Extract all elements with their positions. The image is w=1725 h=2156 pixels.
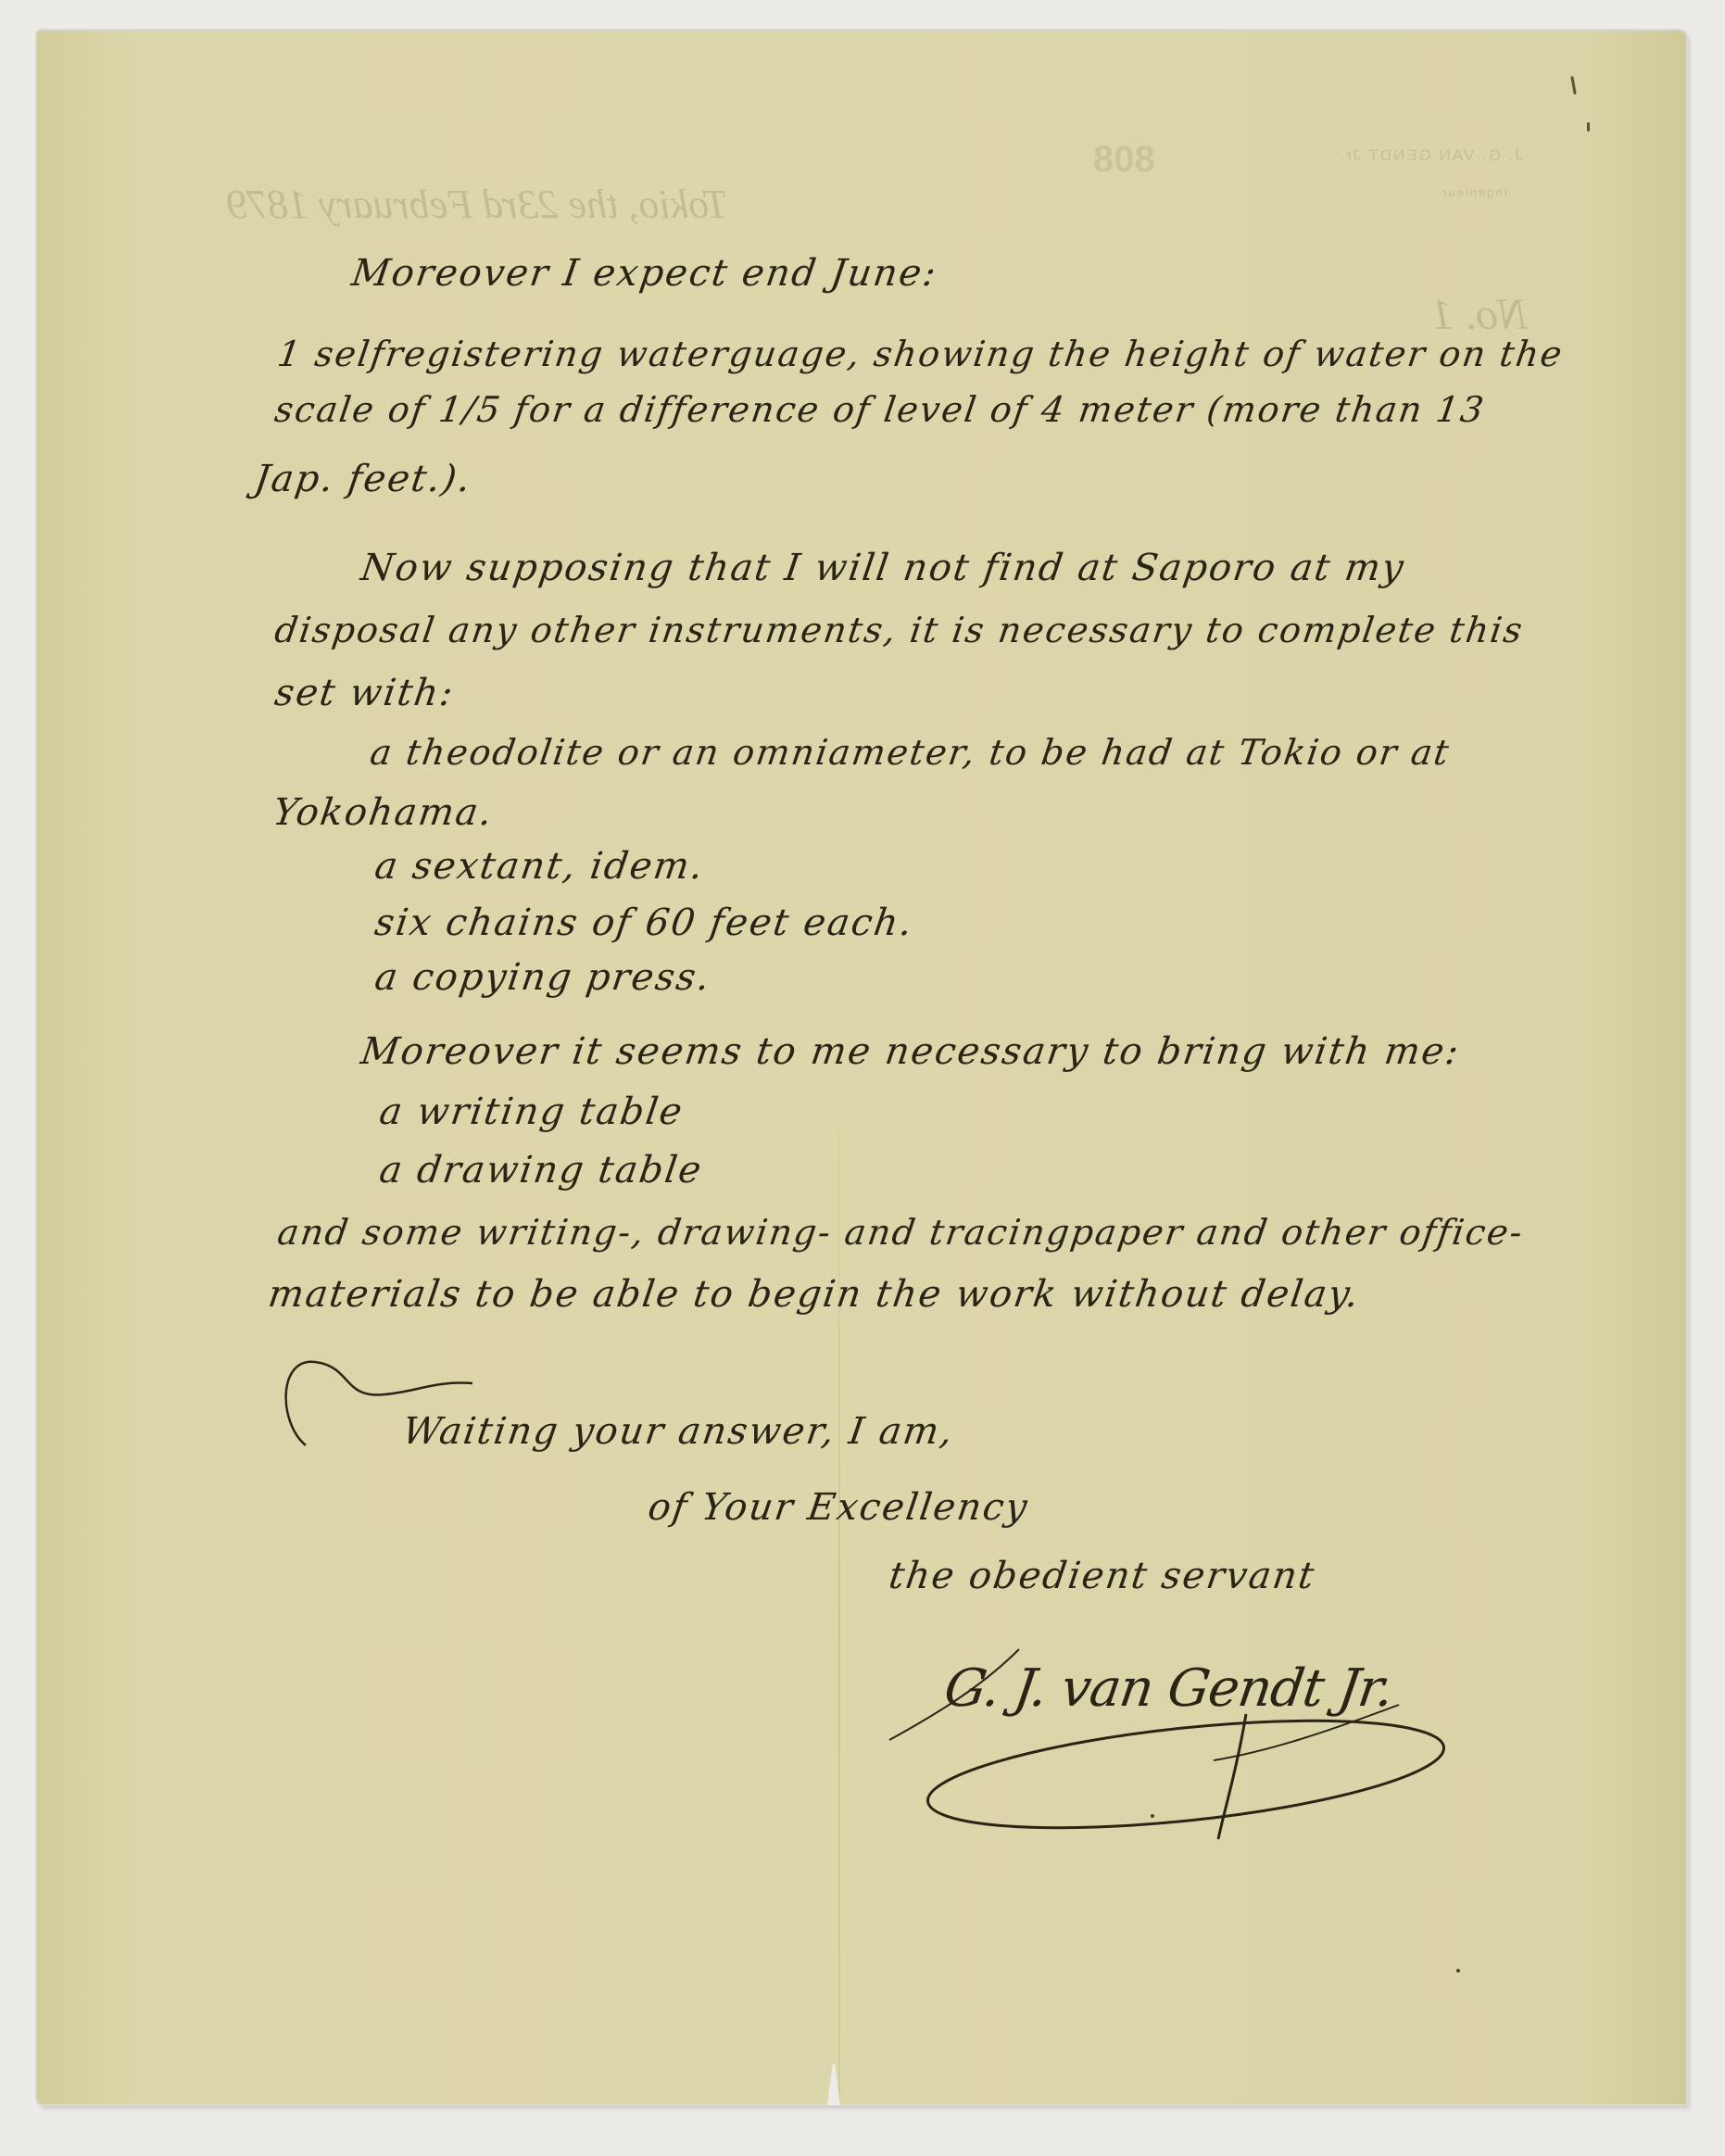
- letter-line: materials to be able to begin the work w…: [266, 1273, 1363, 1316]
- letter-line: Yokohama.: [271, 791, 497, 834]
- letter-line: Moreover I expect end June:: [349, 252, 940, 295]
- letter-line: scale of 1/5 for a difference of level o…: [272, 389, 1488, 430]
- letter-line: a writing table: [377, 1091, 686, 1133]
- letter-line: a theodolite or an omniameter, to be had…: [368, 732, 1453, 773]
- bleed-through-letterhead-sub: Ingenieur: [1441, 185, 1507, 199]
- letter-line: Moreover it seems to me necessary to bri…: [359, 1030, 1463, 1073]
- bleed-through-ref: No. 1: [1431, 289, 1528, 340]
- letter-line: set with:: [272, 672, 458, 714]
- ink-speck: [1456, 1969, 1460, 1973]
- closing-line: Waiting your answer, I am,: [400, 1410, 957, 1453]
- letter-line: disposal any other instruments, it is ne…: [272, 610, 1527, 650]
- closing-line: the obedient servant: [887, 1555, 1318, 1597]
- signature: G. J. van Gendt Jr.: [880, 1631, 1454, 1872]
- letter-line: Jap. feet.).: [252, 458, 475, 500]
- ink-speck: [1151, 1814, 1154, 1818]
- paper-mark: [1587, 122, 1590, 132]
- bleed-through-letterhead: J. G. VAN GENDT Jr.: [1339, 146, 1523, 165]
- bleed-through-date: Tokio, the 23rd February 1879: [227, 181, 728, 228]
- signature-text: G. J. van Gendt Jr.: [940, 1658, 1396, 1719]
- letter-line: a copying press.: [372, 956, 714, 999]
- letter-line: a drawing table: [377, 1149, 706, 1191]
- letter-line: Now supposing that I will not find at Sa…: [359, 547, 1408, 589]
- closing-line: of Your Excellency: [646, 1486, 1032, 1529]
- letter-line: 1 selfregistering waterguage, showing th…: [275, 334, 1567, 374]
- letter-line: and some writing-, drawing- and tracingp…: [275, 1212, 1527, 1253]
- bleed-through-number: 808: [1093, 139, 1155, 181]
- letter-line: six chains of 60 feet each.: [372, 901, 916, 944]
- letter-line: a sextant, idem.: [372, 845, 708, 888]
